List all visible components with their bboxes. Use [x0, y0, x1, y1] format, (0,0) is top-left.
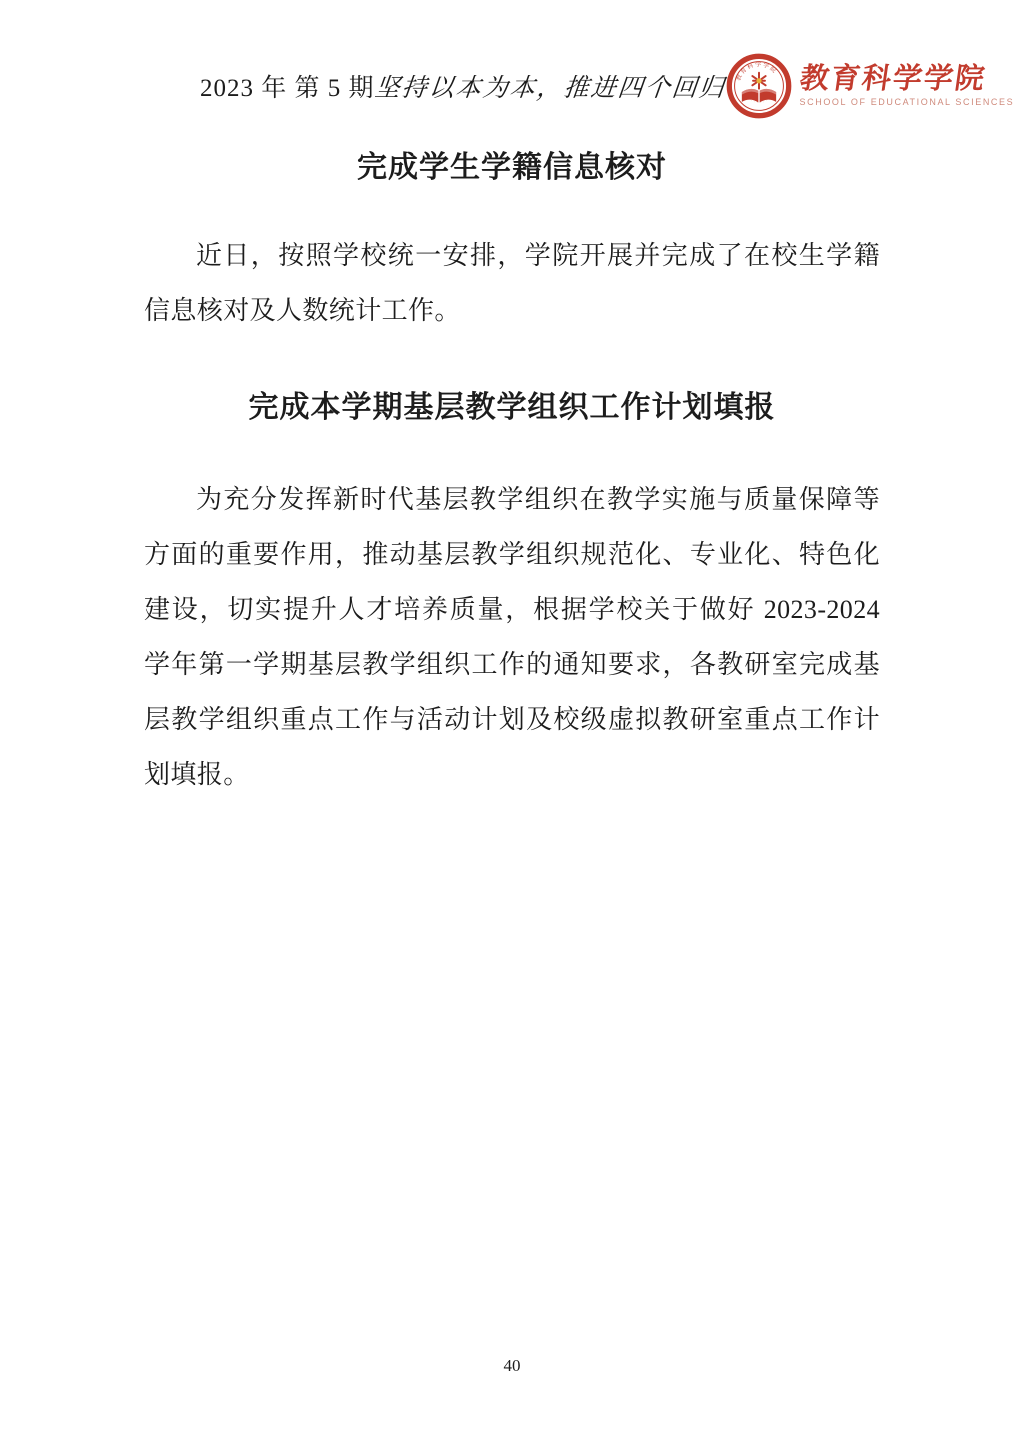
- document-page: 2023 年 第 5 期 坚持以本为本，推进四个回归 教 育 科 学 学 院 ·…: [0, 0, 1024, 1448]
- school-logo-text: 教育科学学院 SCHOOL OF EDUCATIONAL SCIENCES: [800, 65, 1015, 107]
- school-logo: 教 育 科 学 学 院 · · · · · · · · · · · ·: [726, 51, 1015, 121]
- page-number: 40: [504, 1356, 521, 1375]
- section-paragraph-student-records: 近日，按照学校统一安排，学院开展并完成了在校生学籍信息核对及人数统计工作。: [144, 228, 880, 338]
- page-header: 2023 年 第 5 期 坚持以本为本，推进四个回归 教 育 科 学 学 院 ·…: [144, 48, 914, 124]
- section-paragraph-teaching-org-plan: 为充分发挥新时代基层教学组织在教学实施与质量保障等方面的重要作用，推动基层教学组…: [144, 472, 880, 802]
- page-footer: 40: [0, 1356, 1024, 1376]
- header-motto: 坚持以本为本，推进四个回归: [373, 68, 728, 104]
- school-seal-icon: 教 育 科 学 学 院 · · · · · · · · · · · ·: [726, 51, 792, 121]
- issue-label: 2023 年 第 5 期: [200, 68, 375, 104]
- school-name-en: SCHOOL OF EDUCATIONAL SCIENCES: [800, 98, 1015, 107]
- section-title-teaching-org-plan: 完成本学期基层教学组织工作计划填报: [144, 382, 880, 426]
- document-content: 完成学生学籍信息核对 近日，按照学校统一安排，学院开展并完成了在校生学籍信息核对…: [144, 124, 880, 802]
- school-name-cn: 教育科学学院: [797, 65, 1016, 94]
- section-title-student-records: 完成学生学籍信息核对: [144, 142, 880, 186]
